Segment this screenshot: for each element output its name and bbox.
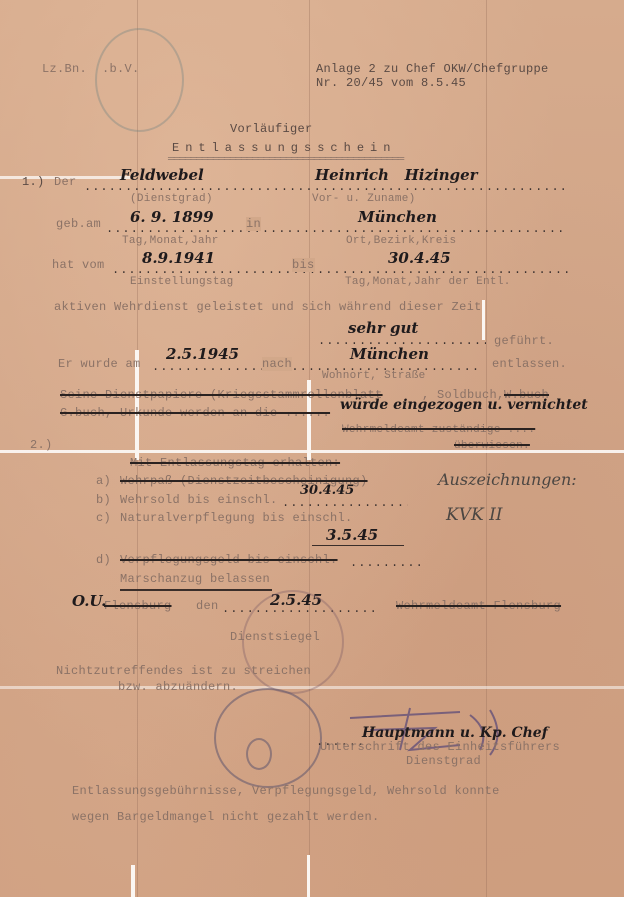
right-struck-text: Wehrmeldeamt Flensburg xyxy=(396,599,561,613)
der-label: Der xyxy=(54,175,77,189)
born-label: geb.am xyxy=(56,217,101,231)
name-value: Heinrich Hizinger xyxy=(315,166,478,184)
item-b-value: 30.4.45 xyxy=(300,483,354,498)
document-title: Entlassungsschein xyxy=(172,141,396,155)
served-to-label: bis xyxy=(292,258,315,272)
item-d-label: d) xyxy=(96,553,111,567)
seal-caption: Dienstsiegel xyxy=(230,630,320,644)
served-from-label: hat vom xyxy=(52,258,105,272)
papers-line-1-struck: Seine Dienstpapiere (Kriegsstammrollenbl… xyxy=(60,388,383,402)
item-d-dots: ......... xyxy=(350,556,420,570)
seal-emblem xyxy=(246,738,272,770)
residence-caption: Wohnort, Straße xyxy=(322,370,426,382)
item-a-label: a) xyxy=(96,474,111,488)
unit-designation: Lz.Bn. .b.V. xyxy=(42,62,140,76)
fold-tear xyxy=(0,450,624,453)
birth-date-value: 6. 9. 1899 xyxy=(130,208,214,226)
item-b-label: b) xyxy=(96,493,111,507)
item-d-text: Verpflegungsgeld bis einschl. xyxy=(120,553,338,567)
marschanzug: Marschanzug belassen xyxy=(120,572,270,586)
birth-place-value: München xyxy=(358,208,437,226)
awards-value: KVK II xyxy=(446,505,503,525)
papers-line-4-struck: überwiesen. xyxy=(454,440,530,452)
served-from-value: 8.9.1941 xyxy=(142,249,215,267)
item-c-value: 3.5.45 xyxy=(326,526,378,544)
served-to-caption: Tag,Monat,Jahr der Entl. xyxy=(345,276,511,288)
footer-line-2: wegen Bargeldmangel nicht gezahlt werden… xyxy=(72,810,380,824)
section-2-heading: Mit Entlassungstag erhalten: xyxy=(130,456,340,470)
released-to-value: München xyxy=(350,345,429,363)
birth-in-label: in xyxy=(246,217,261,231)
released-suffix: entlassen. xyxy=(492,357,567,371)
rank-caption: (Dienstgrad) xyxy=(130,193,213,205)
tear xyxy=(131,865,135,897)
rank-value: Feldwebel xyxy=(120,166,204,184)
birth-date-caption: Tag,Monat,Jahr xyxy=(122,235,219,247)
papers-line-2-struck: G.buch, Urkunde werden an die ...... xyxy=(60,406,330,420)
note-line-2: bzw. abzuändern. xyxy=(118,680,238,694)
birth-place-caption: Ort,Bezirk,Kreis xyxy=(346,235,456,247)
title-line-1: Vorläufiger xyxy=(230,122,313,136)
title-underline: ════════════════════════════════════════… xyxy=(168,154,403,166)
released-label: Er wurde am xyxy=(58,357,141,371)
faint-stamp xyxy=(95,28,184,132)
served-from-caption: Einstellungstag xyxy=(130,276,234,288)
place-struck: Flensburg xyxy=(104,599,172,613)
tear xyxy=(307,855,310,897)
item-c-label: c) xyxy=(96,511,111,525)
awards-heading: Auszeichnungen: xyxy=(438,470,577,489)
conduct-value: sehr gut xyxy=(348,319,418,337)
section-2-number: 2.) xyxy=(30,438,53,452)
papers-line-2-handwritten: würde eingezogen u. vernichtet xyxy=(340,397,588,413)
official-seal xyxy=(214,688,322,788)
item-c-underline xyxy=(312,545,404,546)
place-handwritten: O.U. xyxy=(72,592,106,610)
name-caption: Vor- u. Zuname) xyxy=(312,193,416,205)
service-text: aktiven Wehrdienst geleistet und sich wä… xyxy=(54,300,482,314)
released-to-label: nach xyxy=(262,357,292,371)
reference-line-2: Nr. 20/45 vom 8.5.45 xyxy=(316,76,466,90)
item-c-text: Naturalverpflegung bis einschl. xyxy=(120,511,353,525)
item-b-text: Wehrsold bis einschl. xyxy=(120,493,278,507)
marschanzug-underline xyxy=(120,589,272,591)
released-date-value: 2.5.1945 xyxy=(166,345,239,363)
signature-handwritten: Hauptmann u. Kp. Chef xyxy=(362,725,548,741)
signature-caption: Unterschrift des Einheitsführers xyxy=(320,740,560,754)
section-1-number: 1.) xyxy=(22,175,45,189)
footer-line-1: Entlassungsgebührnisse, Verpflegungsgeld… xyxy=(72,784,500,798)
note-line-1: Nichtzutreffendes ist zu streichen xyxy=(56,664,311,678)
den-label: den xyxy=(196,599,219,613)
conduct-suffix: geführt. xyxy=(494,334,554,348)
item-b-dots: .................. xyxy=(282,496,408,510)
served-to-value: 30.4.45 xyxy=(388,249,451,267)
papers-line-3-struck: Wehrmeldeamt zuständige .... xyxy=(342,424,535,436)
signature-rank-caption: Dienstgrad xyxy=(406,754,481,768)
reference-line-1: Anlage 2 zu Chef OKW/Chefgruppe xyxy=(316,62,549,76)
